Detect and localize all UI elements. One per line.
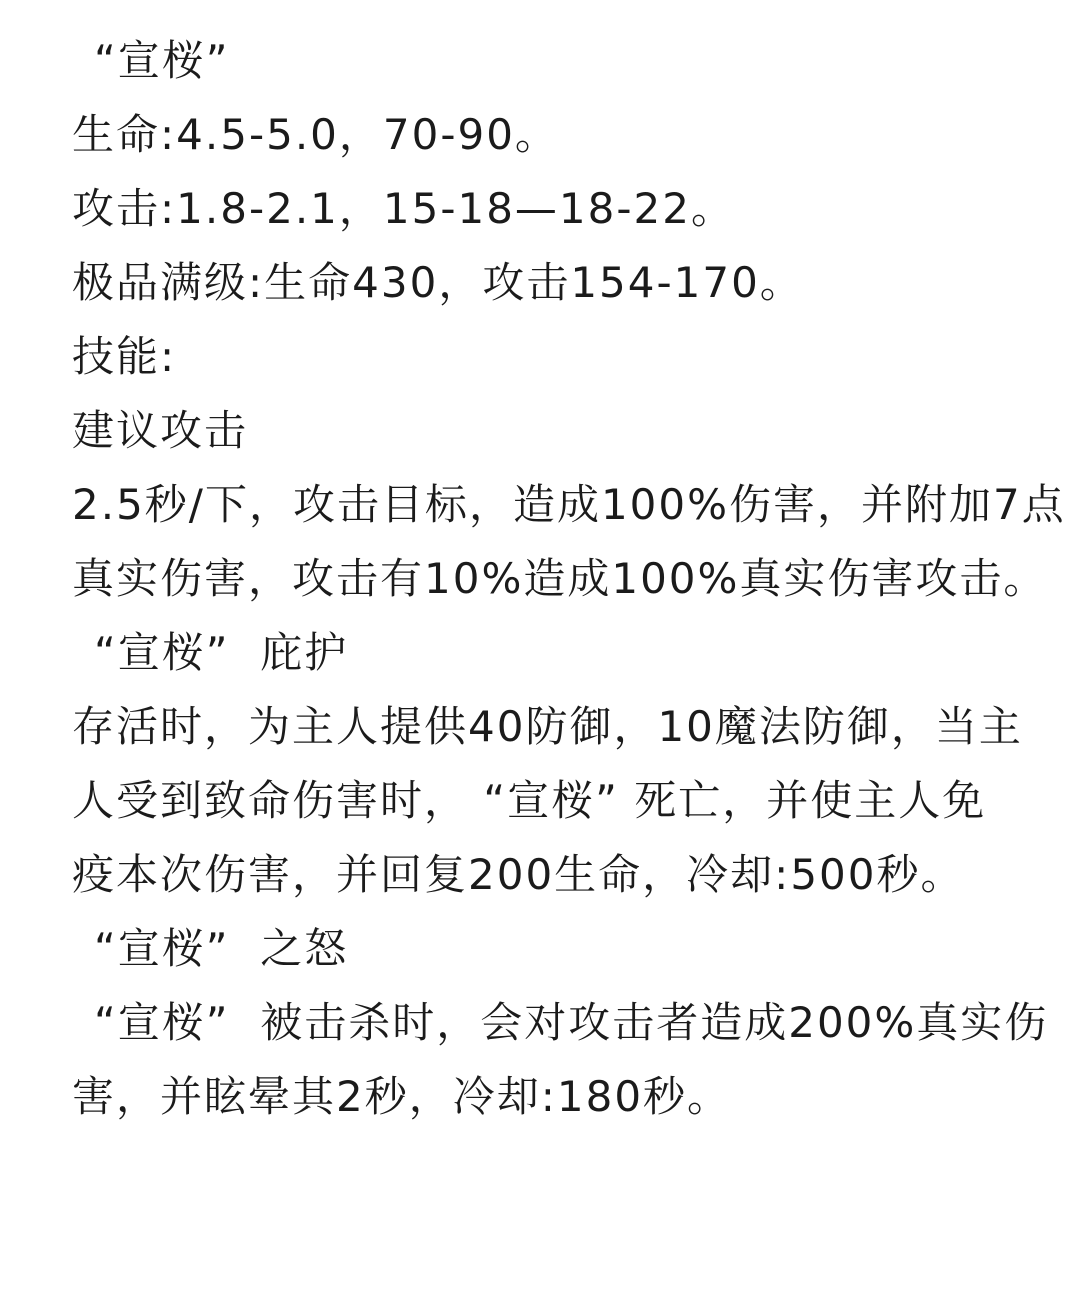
stat-line-life: 生命:4.5-5.0，70-90。 xyxy=(72,98,1040,172)
skill-description: 人受到致命伤害时， “宣桜” 死亡，并使主人免 xyxy=(72,764,1040,838)
skill-name: “宣桜” 之怒 xyxy=(72,912,1040,986)
skill-description: 2.5秒/下，攻击目标，造成100%伤害，并附加7点 xyxy=(72,468,1040,542)
pet-name-title: “宣桜” xyxy=(72,24,1040,98)
skill-description: 存活时，为主人提供40防御，10魔法防御，当主 xyxy=(72,690,1040,764)
section-label: 技能: xyxy=(72,320,1040,394)
skill-description: 真实伤害，攻击有10%造成100%真实伤害攻击。 xyxy=(72,542,1040,616)
skill-name: “宣桜” 庇护 xyxy=(72,616,1040,690)
skill-description: “宣桜” 被击杀时，会对攻击者造成200%真实伤 xyxy=(72,986,1040,1060)
stat-line-attack: 攻击:1.8-2.1，15-18—18-22。 xyxy=(72,172,1040,246)
stat-line-maxed: 极品满级:生命430，攻击154-170。 xyxy=(72,246,1040,320)
pet-stats-document: “宣桜”生命:4.5-5.0，70-90。攻击:1.8-2.1，15-18—18… xyxy=(72,24,1040,1134)
skill-description: 害，并眩晕其2秒，冷却:180秒。 xyxy=(72,1060,1040,1134)
document-page: “宣桜”生命:4.5-5.0，70-90。攻击:1.8-2.1，15-18—18… xyxy=(0,0,1080,1298)
skill-description: 疫本次伤害，并回复200生命，冷却:500秒。 xyxy=(72,838,1040,912)
skill-name: 建议攻击 xyxy=(72,394,1040,468)
